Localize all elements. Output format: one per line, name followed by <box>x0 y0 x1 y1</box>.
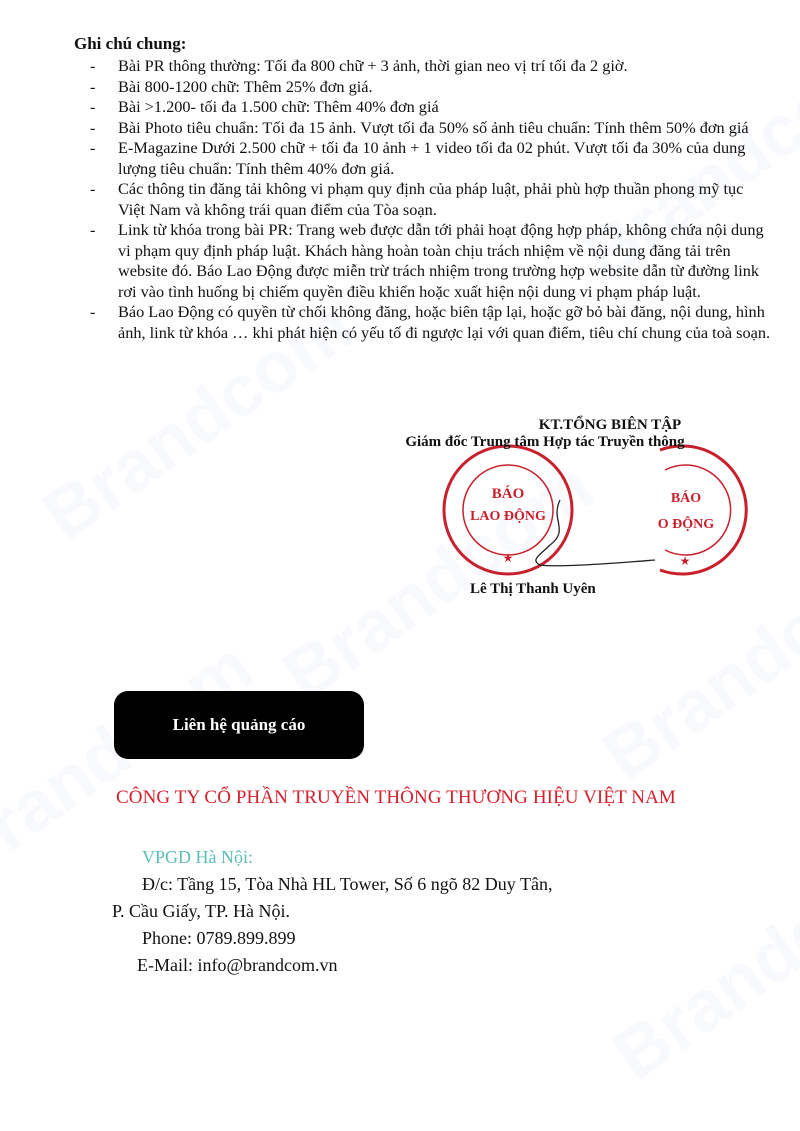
address-line: Đ/c: Tầng 15, Tòa Nhà HL Tower, Số 6 ngõ… <box>112 871 552 898</box>
signature-title: KT.TỔNG BIÊN TẬP <box>460 417 760 434</box>
svg-text:★: ★ <box>680 554 691 568</box>
address-line: P. Cầu Giấy, TP. Hà Nội. <box>112 898 552 925</box>
note-item: Các thông tin đăng tải không vi phạm quy… <box>104 179 774 220</box>
note-item: Bài Photo tiêu chuẩn: Tối đa 15 ảnh. Vượ… <box>104 118 774 139</box>
watermark: Brandcom <box>599 825 800 1096</box>
handwritten-signature-icon <box>480 490 660 570</box>
phone[interactable]: Phone: 0789.899.899 <box>112 925 552 952</box>
note-item: Bài >1.200- tối đa 1.500 chữ: Thêm 40% đ… <box>104 97 774 118</box>
note-item: E-Magazine Dưới 2.500 chữ + tối đa 10 ản… <box>104 138 774 179</box>
svg-text:O ĐỘNG: O ĐỘNG <box>658 515 715 532</box>
contact-advertising-button[interactable]: Liên hệ quảng cáo <box>114 691 364 759</box>
notes-list: Bài PR thông thường: Tối đa 800 chữ + 3 … <box>74 56 774 343</box>
note-item: Bài PR thông thường: Tối đa 800 chữ + 3 … <box>104 56 774 77</box>
signatory-name: Lê Thị Thanh Uyên <box>470 581 596 598</box>
company-name: CÔNG TY CỔ PHẦN TRUYỀN THÔNG THƯƠNG HIỆU… <box>116 787 676 809</box>
note-item: Báo Lao Động có quyền từ chối không đăng… <box>104 302 774 343</box>
note-item: Link từ khóa trong bài PR: Trang web đượ… <box>104 220 774 302</box>
signature-block: KT.TỔNG BIÊN TẬP Giám đốc Trung tâm Hợp … <box>360 417 760 451</box>
svg-text:BÁO: BÁO <box>671 489 701 506</box>
signature-position: Giám đốc Trung tâm Hợp tác Truyền thông <box>330 434 760 451</box>
email[interactable]: E-Mail: info@brandcom.vn <box>112 952 552 979</box>
notes-title: Ghi chú chung: <box>74 34 774 54</box>
note-item: Bài 800-1200 chữ: Thêm 25% đơn giá. <box>104 77 774 98</box>
general-notes: Ghi chú chung: Bài PR thông thường: Tối … <box>74 34 774 343</box>
office-label: VPGD Hà Nội: <box>112 844 552 871</box>
contact-info: VPGD Hà Nội: Đ/c: Tầng 15, Tòa Nhà HL To… <box>112 844 552 979</box>
